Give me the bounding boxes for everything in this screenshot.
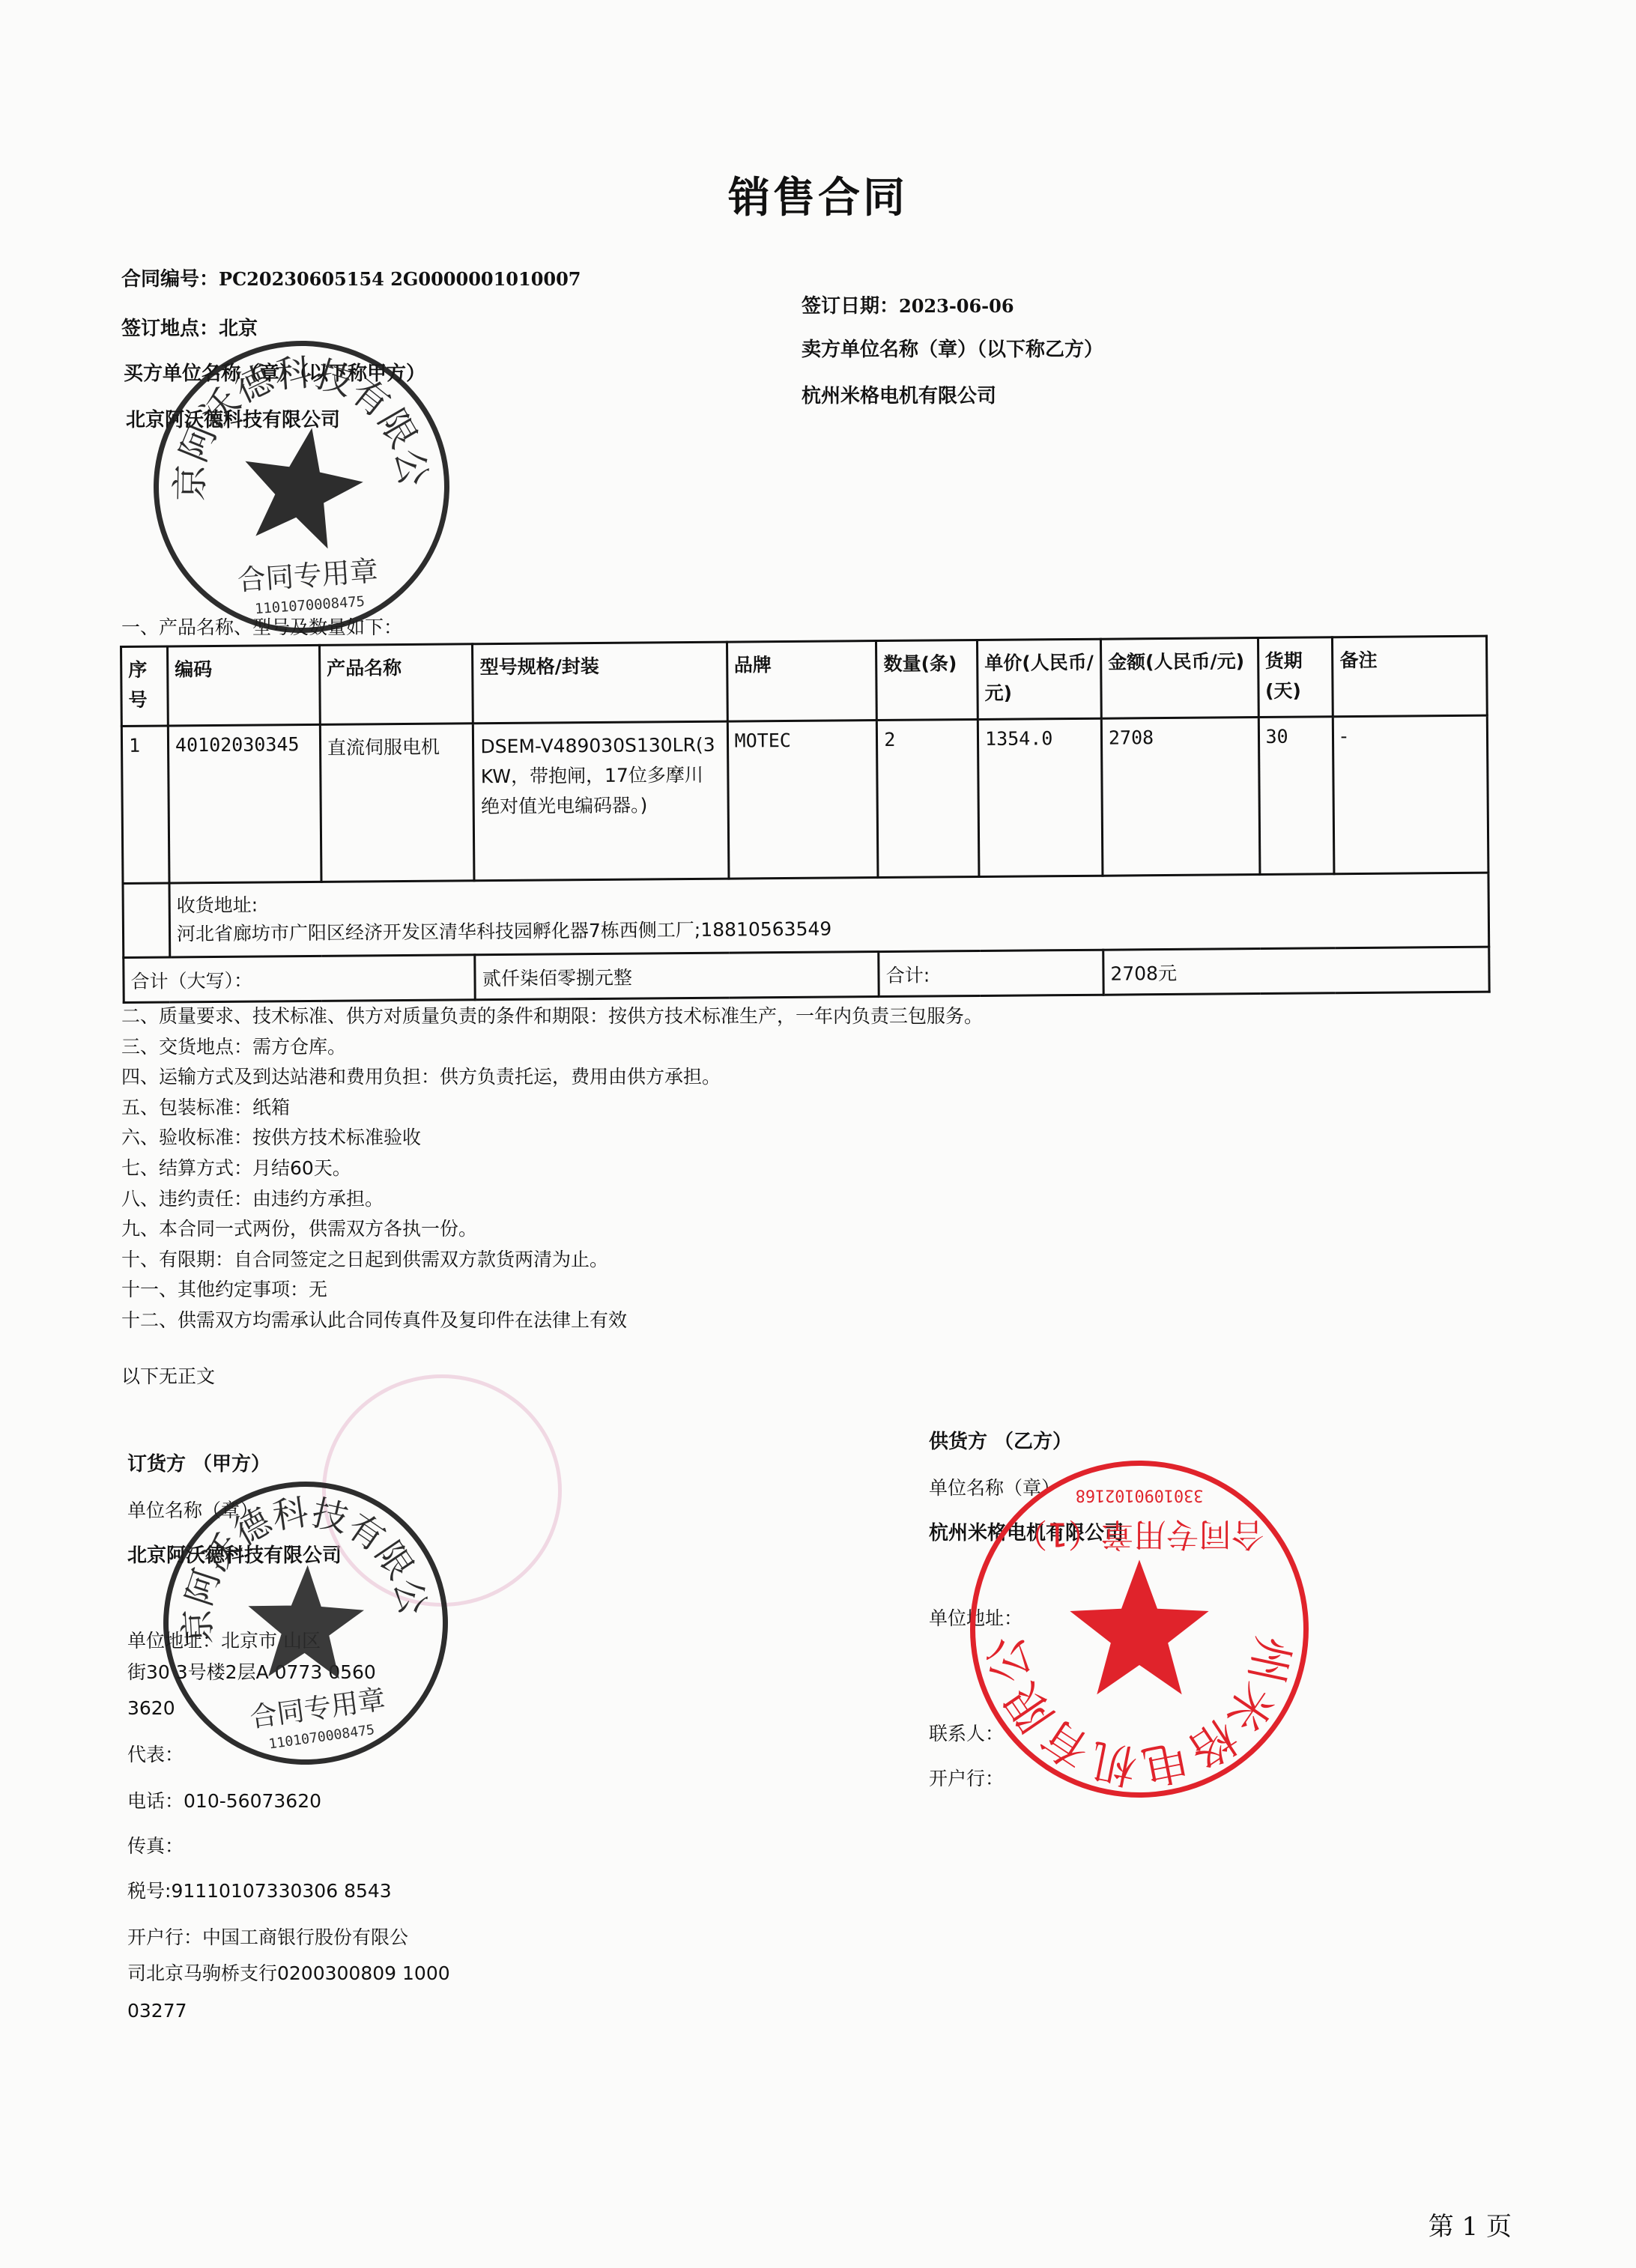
buyer-phone-label: 电话： [127,1790,184,1812]
sign-place-label: 签订地点： [121,318,219,340]
cell-model-spec: DSEM-V489030S130LR(3KW，带抱闸，17位多摩川绝对值光电编码… [473,721,729,881]
document-title: 销售合同 [0,165,1636,225]
col-header-amount: 金额(人民币/元) [1100,638,1258,719]
col-header-index: 序号 [121,646,169,726]
buyer-tax-value: 91110107330306 8543 [171,1880,391,1902]
cell-product-name: 直流伺服电机 [320,724,474,882]
cell-code: 40102030345 [168,724,321,883]
table-row: 1 40102030345 直流伺服电机 DSEM-V489030S130LR(… [121,715,1488,883]
seller-contact-label: 联系人： [929,1724,1004,1743]
cell-remark: - [1333,715,1488,874]
contract-number-label: 合同编号： [121,268,219,291]
total-value: 2708元 [1103,947,1490,995]
seller-label: 卖方单位名称（章）（以下称乙方） [802,334,1103,362]
section-1-title: 一、产品名称、型号及数量如下： [121,613,402,640]
cell-index: 1 [121,726,169,883]
seller-block-heading: 供货方 （乙方） [929,1432,1072,1452]
svg-text:合同专用章: 合同专用章 [248,1683,387,1734]
contract-number-value: PC20230605154 2G0000001010007 [219,268,581,290]
terms-list: 二、质量要求、技术标准、供方对质量负责的条件和期限：按供方技术标准生产，一年内负… [121,1001,983,1336]
total-words: 贰仟柒佰零捌元整 [475,952,879,1000]
sign-date-label: 签订日期： [802,295,899,318]
buyer-unit-name-label: 单位名称（章） [127,1501,258,1520]
term-item: 四、运输方式及到达站港和费用负担：供方负责托运，费用由供方承担。 [121,1062,983,1093]
cell-lead-time: 30 [1258,717,1335,875]
table-header-row: 序号 编码 产品名称 型号规格/封装 品牌 数量(条) 单价(人民币/元) 金额… [121,636,1488,726]
buyer-phone-value: 010-56073620 [184,1790,321,1812]
col-header-code: 编码 [167,645,320,726]
buyer-address-line3: 3620 [127,1699,175,1717]
cell-unit-price: 1354.0 [978,718,1102,876]
seller-name: 杭州米格电机有限公司 [802,380,996,408]
contract-number: 合同编号：PC20230605154 2G0000001010007 [121,264,581,291]
delivery-address-row: 收货地址: 河北省廊坊市广阳区经济开发区清华科技园孵化器7栋西侧工厂;18810… [123,873,1489,957]
term-item: 十、有限期：自合同签定之日起到供需双方款货两清为止。 [121,1245,983,1276]
buyer-tax: 税号:91110107330306 8543 [127,1882,392,1900]
cell-amount: 2708 [1101,718,1259,876]
product-table: 序号 编码 产品名称 型号规格/封装 品牌 数量(条) 单价(人民币/元) 金额… [120,635,1491,1004]
term-item: 五、包装标准：纸箱 [121,1093,983,1124]
buyer-unit-name: 北京阿沃德科技有限公司 [127,1546,342,1565]
buyer-block-heading: 订货方 （甲方） [127,1455,270,1474]
buyer-rep-label: 代表： [127,1745,184,1764]
col-header-model-spec: 型号规格/封装 [473,642,727,724]
col-header-product-name: 产品名称 [319,644,473,725]
term-item: 九、本合同一式两份，供需双方各执一份。 [121,1214,983,1245]
cell-quantity: 2 [877,720,979,878]
buyer-address-line1: 单位地址：北京市 山区 [127,1631,321,1650]
buyer-bank-label: 开户行： [127,1926,202,1948]
svg-text:3301090102168: 3301090102168 [1076,1486,1204,1505]
delivery-address-cell: 收货地址: 河北省廊坊市广阳区经济开发区清华科技园孵化器7栋西侧工厂;18810… [169,873,1489,957]
svg-text:合同专用章: 合同专用章 [237,554,380,597]
end-note: 以下无正文 [121,1362,215,1389]
term-item: 十一、其他约定事项：无 [121,1275,983,1306]
term-item: 七、结算方式：月结60天。 [121,1153,983,1184]
faded-stamp [322,1374,562,1607]
buyer-phone: 电话：010-56073620 [127,1792,321,1810]
buyer-bank-line3: 03277 [127,2001,187,2020]
page-number: 第 1 页 [1429,2206,1512,2243]
buyer-label: 买方单位名称（章）（以下称甲方） [124,358,425,386]
blank-cell [123,883,170,957]
seller-unit-name: 杭州米格电机有限公司 [929,1523,1124,1543]
buyer-fax-label: 传真： [127,1837,184,1855]
contract-page: 销售合同 合同编号：PC20230605154 2G0000001010007 … [0,0,1636,2268]
col-header-remark: 备注 [1333,636,1487,717]
term-item: 十二、供需双方均需承认此合同传真件及复印件在法律上有效 [121,1306,983,1336]
buyer-tax-label: 税号: [127,1880,171,1902]
buyer-name: 北京阿沃德科技有限公司 [126,404,340,432]
seller-bank-label: 开户行： [929,1769,1004,1788]
cell-brand: MOTEC [727,721,878,879]
sign-place: 签订地点：北京 [121,313,258,341]
seller-unit-name-label: 单位名称（章） [929,1479,1060,1497]
term-item: 三、交货地点：需方仓库。 [121,1032,983,1063]
term-item: 二、质量要求、技术标准、供方对质量负责的条件和期限：按供方技术标准生产，一年内负… [121,1001,983,1032]
star-icon: 杭州米格电机有限公司 合同专用章（1） 3301090102168 [975,1466,1303,1792]
sign-date: 签订日期：2023-06-06 [802,291,1014,318]
sign-date-value: 2023-06-06 [899,295,1014,317]
col-header-lead-time: 货期(天) [1258,637,1333,718]
total-words-label: 合计（大写）： [124,955,476,1003]
svg-text:1101070008475: 1101070008475 [267,1722,375,1753]
buyer-address-line2: 街30 3号楼2层A 0773 0560 [127,1663,376,1682]
seller-address-label: 单位地址： [929,1609,1022,1628]
svg-text:杭州米格电机有限公司: 杭州米格电机有限公司 [978,1632,1325,1834]
seller-seal: 杭州米格电机有限公司 合同专用章（1） 3301090102168 [970,1461,1309,1798]
term-item: 八、违约责任：由违约方承担。 [121,1184,983,1215]
term-item: 六、验收标准：按供方技术标准验收 [121,1123,983,1153]
col-header-quantity: 数量(条) [876,640,978,721]
buyer-bank-line2: 司北京马驹桥支行0200300809 1000 [127,1964,450,1983]
sign-place-value: 北京 [219,318,258,340]
col-header-brand: 品牌 [727,641,877,722]
col-header-unit-price: 单价(人民币/元) [978,639,1102,719]
total-label: 合计: [879,950,1103,996]
buyer-bank-line1: 中国工商银行股份有限公 [202,1926,408,1948]
buyer-bank: 开户行：中国工商银行股份有限公 [127,1928,408,1947]
